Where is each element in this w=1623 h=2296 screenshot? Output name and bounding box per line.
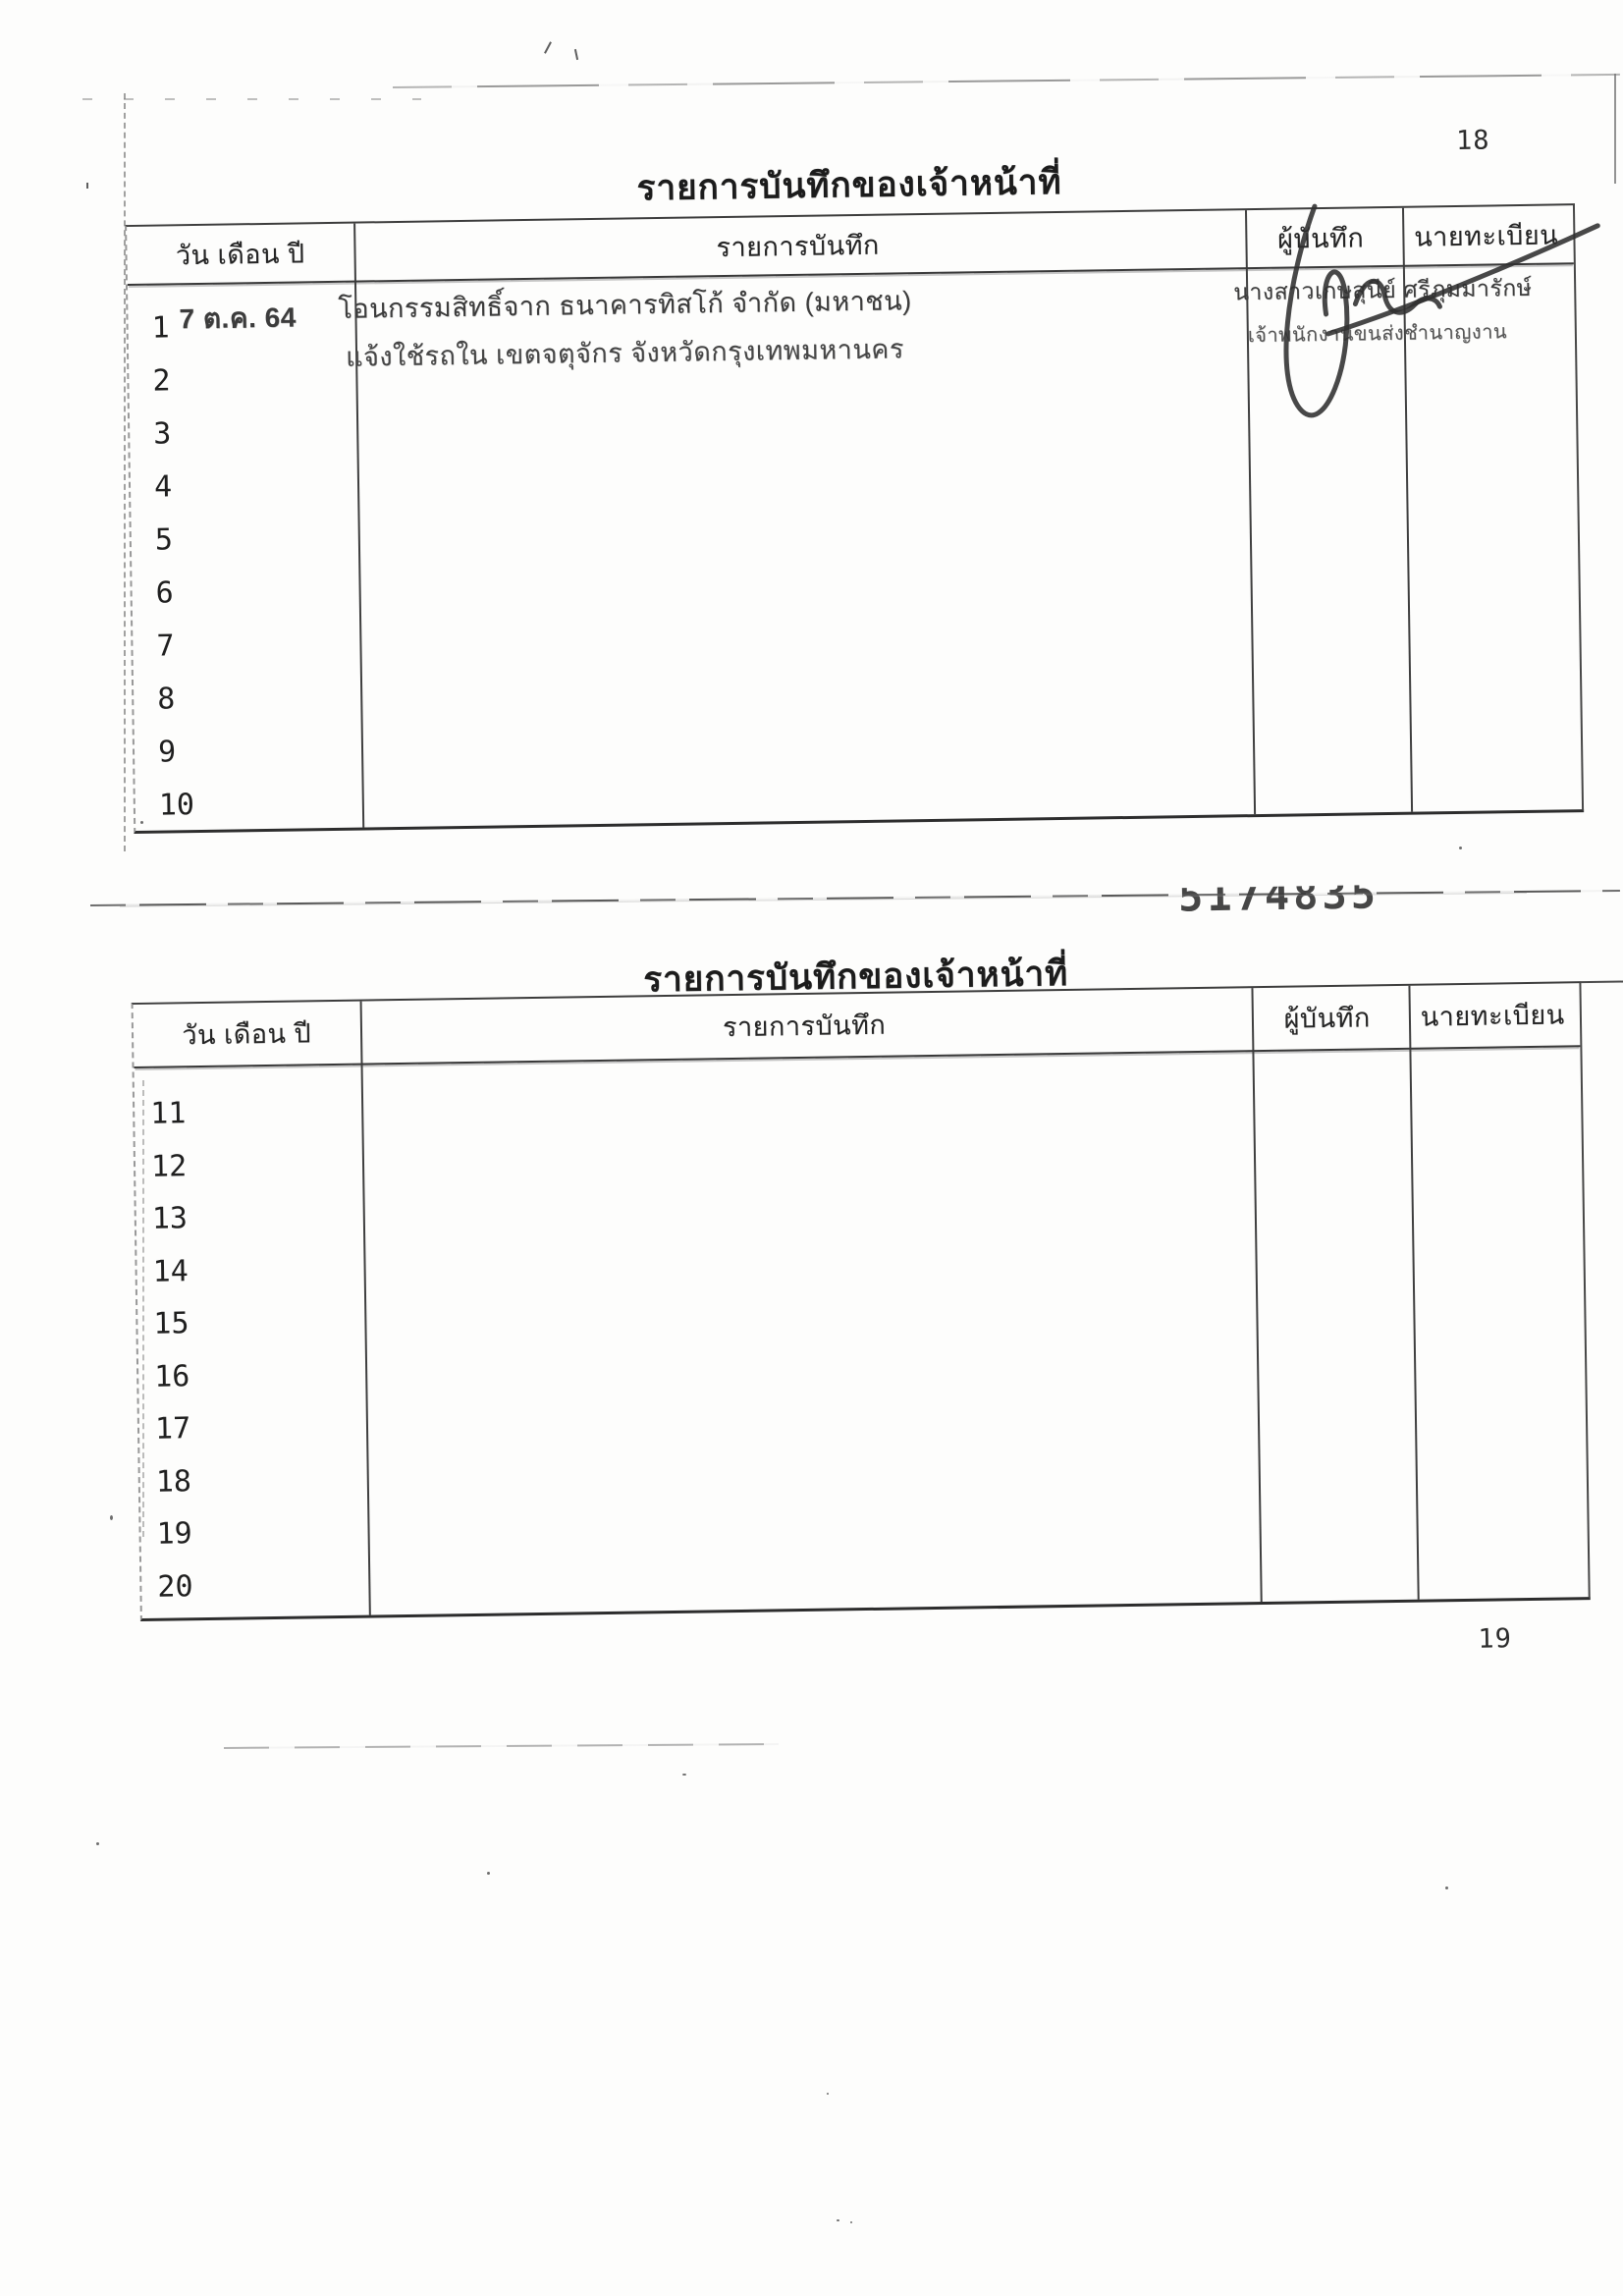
entry-1-date: 7 ต.ค. 64 (179, 297, 297, 342)
table-body: 11121314151617181920 (135, 1047, 1589, 1620)
scan-speck (96, 1842, 99, 1845)
row-number: 11 (150, 1096, 187, 1131)
row-number: 12 (151, 1149, 188, 1184)
col-header-record: รายการบันทึก (352, 210, 1242, 280)
row-number: 6 (155, 575, 174, 610)
row-number: 16 (154, 1359, 190, 1394)
officer-records-table-1: วัน เดือน ปี รายการบันทึก ผู้บันทึก นายท… (125, 203, 1584, 834)
col-header-recorder: ผู้บันทึก (1248, 986, 1405, 1050)
scan-speck (1459, 847, 1462, 849)
col-header-registrar: นายทะเบียน (1405, 983, 1580, 1048)
scan-artifact-header-line-extension (1581, 980, 1623, 983)
scan-artifact-right-edge (1614, 74, 1616, 184)
scanned-vehicle-registration-record-page: 18 รายการบันทึกของเจ้าหน้าที่ วัน เดือน … (0, 0, 1623, 2296)
scan-speck (110, 1515, 113, 1520)
row-number: 3 (153, 416, 172, 451)
row-number: 9 (158, 735, 177, 769)
row-number: 18 (156, 1464, 192, 1500)
scan-speck (544, 41, 552, 53)
row-number: 19 (156, 1516, 192, 1552)
col-header-record: รายการบันทึก (359, 988, 1249, 1063)
scan-fold-line (90, 889, 1620, 907)
row-number: 7 (156, 629, 175, 663)
officer-record-sheet-19: รายการบันทึกของเจ้าหน้าที่ วัน เดือน ปี … (130, 907, 1603, 1675)
row-number: 5 (155, 522, 174, 557)
scan-artifact-top-edge (393, 74, 1620, 88)
table-body: 12345678910 7 ต.ค. 64 โอนกรรมสิทธิ์จาก ธ… (128, 264, 1582, 831)
row-number: 1 (151, 310, 170, 345)
row-number: 20 (157, 1569, 193, 1605)
officer-record-sheet-18: 18 รายการบันทึกของเจ้าหน้าที่ วัน เดือน … (124, 112, 1597, 846)
scan-artifact-bottom-dashes (224, 1743, 779, 1749)
scan-artifact-top-left-dashes (82, 98, 421, 100)
entry-1-record-line-1: โอนกรรมสิทธิ์จาก ธนาคารทิสโก้ จำกัด (มหา… (338, 279, 912, 330)
row-number: 10 (159, 788, 195, 823)
scan-speck (850, 2221, 852, 2223)
scan-speck (837, 2219, 839, 2221)
recorder-signature (1256, 180, 1623, 470)
scan-speck (682, 1774, 686, 1776)
row-number: 8 (157, 682, 176, 716)
row-number: 17 (155, 1411, 191, 1447)
row-number: 4 (154, 469, 173, 504)
scan-speck (487, 1872, 490, 1875)
fold-stamp-number: 5174835 (1178, 869, 1380, 920)
entry-1-record-line-2: แจ้งใช้รถใน เขตจตุจักร จังหวัดกรุงเทพมหา… (346, 327, 904, 377)
page-number: 19 (1478, 1623, 1512, 1655)
scan-speck (574, 49, 578, 60)
col-header-date: วัน เดือน ปี (127, 224, 353, 284)
row-number: 14 (152, 1254, 189, 1289)
scan-speck (1445, 1886, 1448, 1889)
officer-records-table-2: วัน เดือน ปี รายการบันทึก ผู้บันทึก นายท… (132, 981, 1591, 1621)
scan-speck (827, 2093, 829, 2095)
row-number: 2 (152, 363, 171, 398)
scan-speck (86, 183, 88, 189)
scan-speck (140, 821, 143, 824)
col-header-date: วัน เดือน ปี (134, 1002, 360, 1066)
row-number: 15 (153, 1306, 189, 1341)
row-number: 13 (152, 1201, 189, 1236)
